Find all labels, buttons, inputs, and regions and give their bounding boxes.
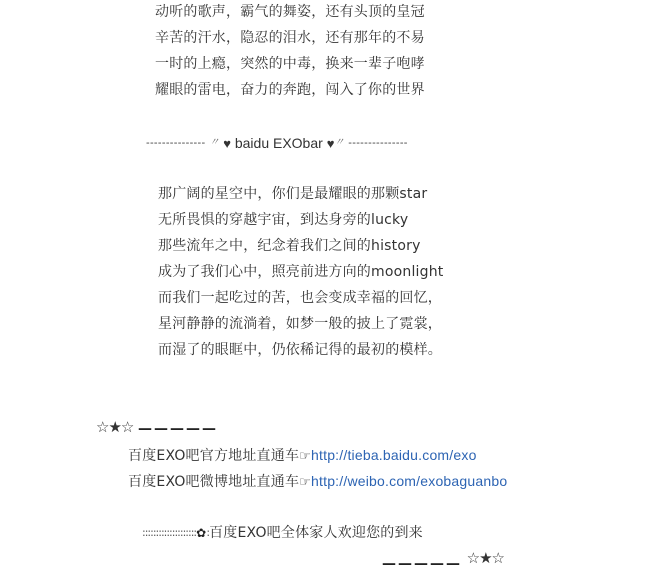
star-rating-icon: ☆★☆ bbox=[467, 549, 504, 567]
tieba-link[interactable]: http://tieba.baidu.com/exo bbox=[311, 447, 477, 463]
pointing-hand-icon: ☞ bbox=[299, 449, 311, 464]
heart-icon: ♥ bbox=[223, 136, 231, 151]
verse1-line-2: 辛苦的汗水，隐忍的泪水，还有那年的不易 bbox=[155, 29, 425, 47]
flower-icon: ✿ bbox=[196, 526, 206, 540]
ornament-bar: ————— bbox=[138, 420, 218, 438]
verse2-line-7: 而湿了的眼眶中，仍依稀记得的最初的模样。 bbox=[158, 341, 442, 359]
link-label: 百度EXO吧官方地址直通车 bbox=[128, 448, 299, 464]
divider-title: baidu EXObar bbox=[235, 135, 323, 151]
quote-mark-icon: 〃 bbox=[334, 137, 344, 148]
link-row-official: 百度EXO吧官方地址直通车☞http://tieba.baidu.com/exo bbox=[128, 446, 477, 466]
weibo-link[interactable]: http://weibo.com/exobaguanbo bbox=[311, 473, 507, 489]
welcome-line: ::::::::::::::::::::✿:百度EXO吧全体家人欢迎您的到来 bbox=[142, 524, 423, 542]
divider-dashes-right: --------------- bbox=[348, 137, 407, 149]
link-row-weibo: 百度EXO吧微博地址直通车☞http://weibo.com/exobaguan… bbox=[128, 472, 507, 492]
section-divider: --------------- 〃 ♥ baidu EXObar ♥〃 ----… bbox=[146, 134, 408, 153]
verse2-line-3: 那些流年之中，纪念着我们之间的history bbox=[158, 237, 421, 255]
pointing-hand-icon: ☞ bbox=[299, 475, 311, 490]
verse2-line-1: 那广阔的星空中，你们是最耀眼的那颗star bbox=[158, 185, 427, 203]
verse1-line-1: 动听的歌声，霸气的舞姿，还有头顶的皇冠 bbox=[155, 3, 425, 21]
divider-dashes-left: --------------- bbox=[146, 137, 205, 149]
verse2-line-4: 成为了我们心中，照亮前进方向的moonlight bbox=[158, 263, 443, 281]
star-rating-icon: ☆★☆ bbox=[96, 418, 133, 436]
footer-ornament: ————— ☆★☆ bbox=[382, 549, 504, 572]
verse1-line-4: 耀眼的雷电，奋力的奔跑，闯入了你的世界 bbox=[155, 81, 425, 99]
link-label: 百度EXO吧微博地址直通车 bbox=[128, 474, 299, 490]
verse2-line-5: 而我们一起吃过的苦，也会变成幸福的回忆， bbox=[158, 289, 442, 307]
dotted-line: :::::::::::::::::::: bbox=[142, 526, 196, 539]
verse2-line-2: 无所畏惧的穿越宇宙，到达身旁的lucky bbox=[158, 211, 408, 229]
ornament-bar: ————— bbox=[382, 555, 462, 572]
verse2-line-6: 星河静静的流淌着，如梦一般的披上了霓裳， bbox=[158, 315, 442, 333]
quote-mark-icon: 〃 bbox=[209, 137, 219, 148]
header-ornament: ☆★☆ ————— bbox=[96, 418, 218, 438]
verse1-line-3: 一时的上瘾，突然的中毒，换来一辈子咆哮 bbox=[155, 55, 425, 73]
welcome-text: 百度EXO吧全体家人欢迎您的到来 bbox=[209, 525, 423, 541]
